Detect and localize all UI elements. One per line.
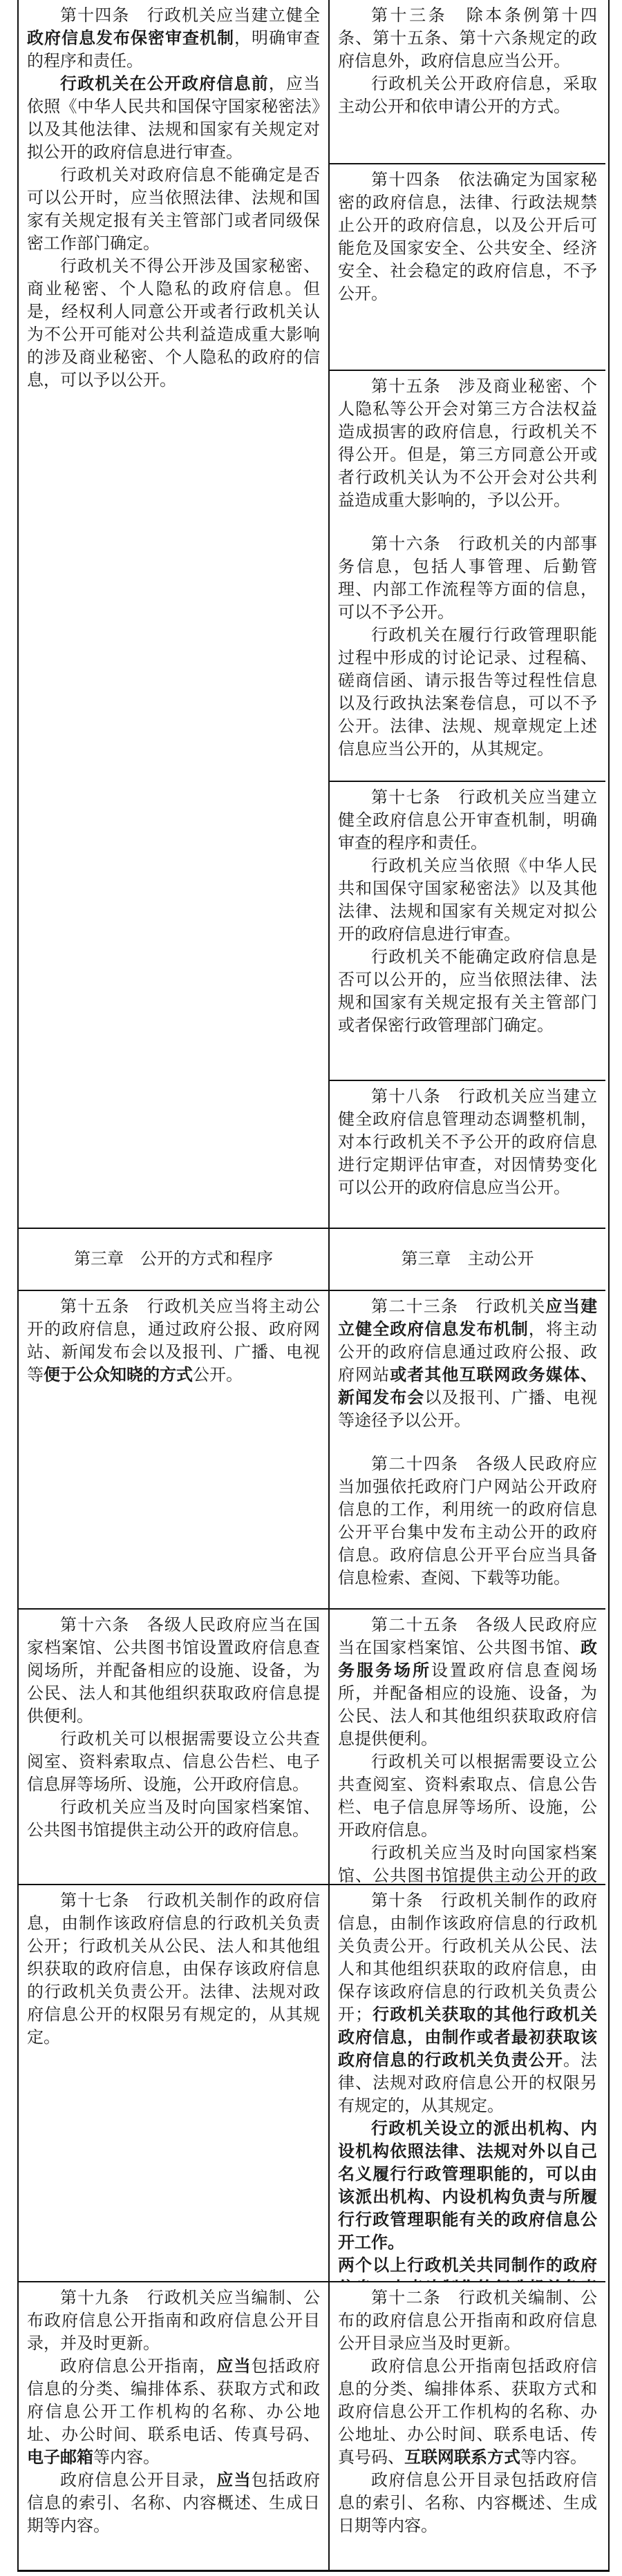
new-article-23-24-cell: 第二十三条 行政机关应当建立健全政府信息发布机制，将主动公开的政府信息通过政府公… bbox=[328, 1290, 605, 1608]
paragraph: 第十六条 各级人民政府应当在国家档案馆、公共图书馆设置政府信息查阅场所，并配备相… bbox=[27, 1614, 320, 1728]
new-article-10-cell: 第十条 行政机关制作的政府信息，由制作该政府信息的行政机关负责公开。行政机关从公… bbox=[328, 1884, 605, 2281]
old-article-14-cell: 第十四条 行政机关应当建立健全政府信息发布保密审查机制，明确审查的程序和责任。行… bbox=[19, 0, 328, 1228]
paragraph: 行政机关应当及时向国家档案馆、公共图书馆提供主动公开的政府信息。 bbox=[338, 1842, 597, 1884]
paragraph: 行政机关设立的派出机构、内设机构依照法律、法规对外以自己名义履行行政管理职能的，… bbox=[338, 2118, 597, 2255]
comparison-table: 第十四条 行政机关应当建立健全政府信息发布保密审查机制，明确审查的程序和责任。行… bbox=[17, 0, 610, 2572]
old-article-16-cell: 第十六条 各级人民政府应当在国家档案馆、公共图书馆设置政府信息查阅场所，并配备相… bbox=[19, 1608, 328, 1884]
paragraph: 第十四条 依法确定为国家秘密的政府信息，法律、行政法规禁止公开的政府信息，以及公… bbox=[338, 169, 597, 306]
paragraph: 行政机关应当依照《中华人民共和国保守国家秘密法》以及其他法律、法规和国家有关规定… bbox=[338, 855, 597, 946]
paragraph: 第十七条 行政机关应当建立健全政府信息公开审查机制，明确审查的程序和责任。 bbox=[338, 787, 597, 855]
paragraph: 第十五条 行政机关应当将主动公开的政府信息，通过政府公报、政府网站、新闻发布会以… bbox=[27, 1296, 320, 1387]
paragraph: 行政机关公开政府信息，采取主动公开和依申请公开的方式。 bbox=[338, 73, 597, 119]
paragraph: 政府信息公开指南包括政府信息的分类、编排体系、获取方式和政府信息公开工作机构的名… bbox=[338, 2356, 597, 2470]
paragraph: 行政机关不能确定政府信息是否可以公开的，应当依照法律、法规和国家有关规定报有关主… bbox=[338, 946, 597, 1038]
new-article-17-cell: 第十七条 行政机关应当建立健全政府信息公开审查机制，明确审查的程序和责任。行政机… bbox=[328, 781, 605, 1080]
paragraph: 第十九条 行政机关应当编制、公布政府信息公开指南和政府信息公开目录，并及时更新。 bbox=[27, 2287, 320, 2356]
paragraph: 行政机关在公开政府信息前，应当依照《中华人民共和国保守国家秘密法》以及其他法律、… bbox=[27, 73, 320, 164]
paragraph: 行政机关在履行行政管理职能过程中形成的讨论记录、过程稿、磋商信函、请示报告等过程… bbox=[338, 624, 597, 761]
paragraph: 行政机关可以根据需要设立公共查阅室、资料索取点、信息公告栏、电子信息屏等场所、设… bbox=[27, 1728, 320, 1797]
page: { "colors": { "border": "#111111", "text… bbox=[0, 0, 622, 2576]
chapter-heading-new: 第三章 主动公开 bbox=[328, 1228, 605, 1290]
new-article-14-cell: 第十四条 依法确定为国家秘密的政府信息，法律、行政法规禁止公开的政府信息，以及公… bbox=[328, 163, 605, 370]
new-article-25-cell: 第二十五条 各级人民政府应当在国家档案馆、公共图书馆、政务服务场所设置政府信息查… bbox=[328, 1608, 605, 1884]
paragraph: 政府信息公开指南，应当包括政府信息的分类、编排体系、获取方式和政府信息公开工作机… bbox=[27, 2356, 320, 2470]
new-article-18-cell: 第十八条 行政机关应当建立健全政府信息管理动态调整机制，对本行政机关不予公开的政… bbox=[328, 1080, 605, 1228]
old-article-15-cell: 第十五条 行政机关应当将主动公开的政府信息，通过政府公报、政府网站、新闻发布会以… bbox=[19, 1290, 328, 1608]
paragraph: 政府信息公开目录包括政府信息的索引、名称、内容概述、生成日期等内容。 bbox=[338, 2470, 597, 2538]
paragraph: 第十二条 行政机关编制、公布的政府信息公开指南和政府信息公开目录应当及时更新。 bbox=[338, 2287, 597, 2356]
paragraph: 第十三条 除本条例第十四条、第十五条、第十六条规定的政府信息外，政府信息应当公开… bbox=[338, 5, 597, 73]
paragraph: 两个以上行政机关共同制作的政府信息，由牵头制作的行政机关负责公开。 bbox=[338, 2255, 597, 2281]
paragraph: 行政机关可以根据需要设立公共查阅室、资料索取点、信息公告栏、电子信息屏等场所、设… bbox=[338, 1751, 597, 1842]
paragraph: 第十六条 行政机关的内部事务信息，包括人事管理、后勤管理、内部工作流程等方面的信… bbox=[338, 533, 597, 624]
new-article-13-cell: 第十三条 除本条例第十四条、第十五条、第十六条规定的政府信息外，政府信息应当公开… bbox=[328, 0, 605, 163]
chapter-heading-old: 第三章 公开的方式和程序 bbox=[19, 1228, 328, 1290]
old-article-17-cell: 第十七条 行政机关制作的政府信息，由制作该政府信息的行政机关负责公开；行政机关从… bbox=[19, 1884, 328, 2281]
paragraph: 政府信息公开目录，应当包括政府信息的索引、名称、内容概述、生成日期等内容。 bbox=[27, 2470, 320, 2538]
new-article-12-cell: 第十二条 行政机关编制、公布的政府信息公开指南和政府信息公开目录应当及时更新。政… bbox=[328, 2281, 605, 2570]
paragraph: 第十八条 行政机关应当建立健全政府信息管理动态调整机制，对本行政机关不予公开的政… bbox=[338, 1086, 597, 1200]
paragraph: 行政机关不得公开涉及国家秘密、商业秘密、个人隐私的政府信息。但是，经权利人同意公… bbox=[27, 256, 320, 392]
paragraph: 行政机关对政府信息不能确定是否可以公开时，应当依照法律、法规和国家有关规定报有关… bbox=[27, 164, 320, 256]
paragraph: 第二十三条 行政机关应当建立健全政府信息发布机制，将主动公开的政府信息通过政府公… bbox=[338, 1296, 597, 1433]
paragraph: 第十五条 涉及商业秘密、个人隐私等公开会对第三方合法权益造成损害的政府信息，行政… bbox=[338, 376, 597, 513]
paragraph: 第十七条 行政机关制作的政府信息，由制作该政府信息的行政机关负责公开；行政机关从… bbox=[27, 1890, 320, 2050]
paragraph: 第十条 行政机关制作的政府信息，由制作该政府信息的行政机关负责公开。行政机关从公… bbox=[338, 1890, 597, 2118]
paragraph: 第十四条 行政机关应当建立健全政府信息发布保密审查机制，明确审查的程序和责任。 bbox=[27, 5, 320, 73]
paragraph: 行政机关应当及时向国家档案馆、公共图书馆提供主动公开的政府信息。 bbox=[27, 1797, 320, 1842]
new-article-15-16-cell: 第十五条 涉及商业秘密、个人隐私等公开会对第三方合法权益造成损害的政府信息，行政… bbox=[328, 370, 605, 781]
paragraph: 第二十四条 各级人民政府应当加强依托政府门户网站公开政府信息的工作，利用统一的政… bbox=[338, 1453, 597, 1590]
old-article-19-cell: 第十九条 行政机关应当编制、公布政府信息公开指南和政府信息公开目录，并及时更新。… bbox=[19, 2281, 328, 2570]
chapter-heading-old-label: 第三章 公开的方式和程序 bbox=[74, 1248, 273, 1271]
chapter-heading-new-label: 第三章 主动公开 bbox=[402, 1248, 534, 1271]
paragraph: 第二十五条 各级人民政府应当在国家档案馆、公共图书馆、政务服务场所设置政府信息查… bbox=[338, 1614, 597, 1751]
